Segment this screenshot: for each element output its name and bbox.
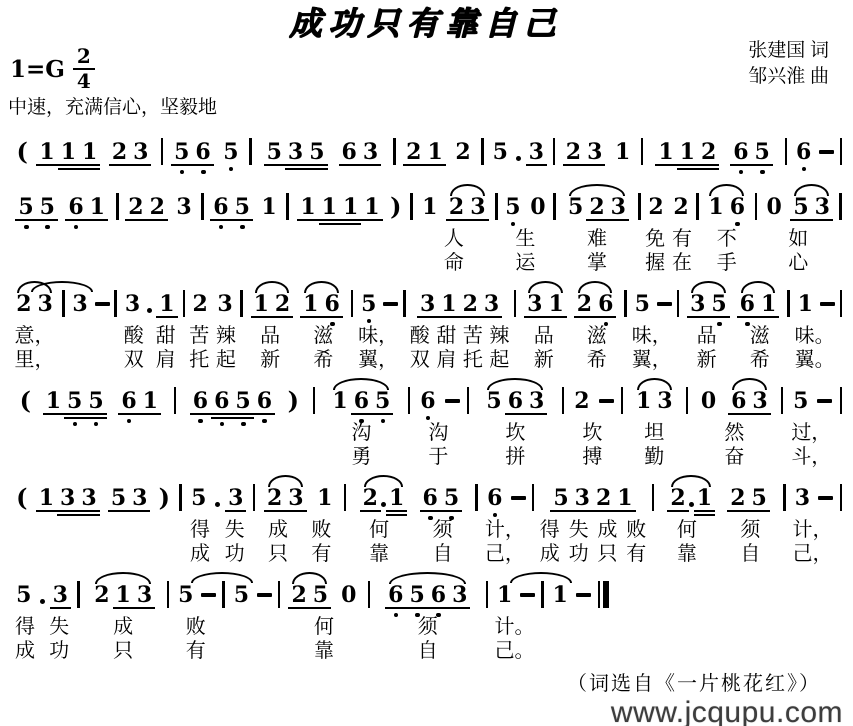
notes-row: 23 [186,279,239,324]
lyric-syllable: 苦 [189,324,209,348]
dash [257,593,272,597]
lyric-row: 有 [170,639,221,663]
note: 0 [764,195,785,219]
lyric-row [120,227,200,251]
note-group: 23 [446,195,489,221]
note-group: 22 [125,195,168,221]
dash [818,496,833,500]
note-group: 0 [527,195,548,219]
augmentation-dot [147,308,152,313]
lyric-row [8,251,115,275]
lyric-row: 难 [557,227,637,251]
note: 6 [385,583,406,607]
notes-row: 5 [784,376,838,421]
notes-row: 213 [81,570,166,615]
lyric-syllable: 滋 [587,324,607,348]
lyric-row: 只 [81,639,166,663]
note-group: 1 [633,389,654,413]
lyric-row: 奋 [689,445,780,469]
barline [621,387,624,414]
lyric-row: 自 [371,639,485,663]
measure: 3126品滋新希 [517,279,623,372]
notes-row: 123 [414,182,494,227]
note: 6 [420,486,441,510]
note-group: 65 [351,389,394,415]
barline [313,387,316,414]
notes-row: 53563 [253,127,392,172]
note-group: 5 [632,292,653,316]
parenthesis: ) [288,389,299,413]
lyric-row [290,227,409,251]
lyric-syllable: 得 [15,615,35,639]
barline [249,138,252,165]
note: 3 [749,389,770,413]
note: 3 [526,140,547,164]
lyric-row: 须 [371,615,485,639]
barline [541,581,544,608]
note: 6 [737,292,758,316]
lyric-row: 何须 [347,518,474,542]
note: 5 [550,486,571,510]
lyric-row [66,324,114,348]
note: 6 [210,195,231,219]
lyric-row: 坦 [624,421,684,445]
lyric-row: 新希 [244,348,350,372]
lyric-syllable: 心 [788,251,808,275]
note: 3 [572,486,593,510]
note: 5 [232,389,253,413]
note: 6 [351,389,372,413]
measure: 16不手 [700,182,754,275]
lyric-row: 计。 [489,615,540,639]
measure: 53 [485,127,552,172]
note-group: 61 [737,292,780,318]
note: 2 [593,486,614,510]
lyric-syllable: 功 [225,542,245,566]
notes-row: 53 [8,570,76,615]
lyric-syllable: 苦 [463,324,483,348]
lyric-row: 掌 [557,251,637,275]
score: (111235655356321253231112656556122365111… [8,127,843,663]
barline [403,290,406,317]
lyric-row: 靠自 [347,542,474,566]
lyric-row [120,251,200,275]
notes-row: (11123 [8,127,160,172]
lyric-syllable: 败 [311,518,331,542]
slur: 61 [737,292,780,318]
barline [840,484,843,511]
measure: 1计。己。 [489,570,540,663]
note: 3 [812,195,833,219]
note-group: 3 [69,292,90,316]
note: 3 [57,486,78,510]
note-group: 2 [190,292,211,316]
notes-row: 11265 [644,127,783,172]
measure: 3561品滋新希 [680,279,786,372]
note: 5 [306,140,327,164]
measure: 5味，翼， [628,279,676,372]
note: 1 [329,389,350,413]
measure: 123人命 [414,182,494,275]
measure: 5败有 [170,570,221,663]
measure: 6 [788,127,838,172]
measure: 1111) [290,182,409,275]
note-group: 2 [645,195,666,219]
time-signature-unit: 4 [77,70,91,92]
lyric-syllable: 肩 [156,348,176,372]
lyric-row: 然 [689,421,780,445]
note-group: 5 [790,389,811,413]
lyric-row: 成败 [256,518,343,542]
barline [286,193,289,220]
measure: 53得失成功 [183,473,252,566]
lyric-syllable: 奋 [724,445,744,469]
lyric-row: 苦辣 [186,324,239,348]
lyric-syllable: 双 [124,348,144,372]
barline [408,387,411,414]
note-group: 56 [171,140,214,166]
dash [511,496,526,500]
lyric-syllable: 只 [268,542,288,566]
lyric-row: 双肩 [118,348,182,372]
notes-row: 13 [624,376,684,421]
lyric-row [8,421,173,445]
lyric-syllable: 计。 [495,615,535,639]
measure: 250何靠 [281,570,366,663]
lyric-syllable: 味， [632,324,672,348]
note: 3 [285,140,306,164]
lyric-row: 双肩托起 [407,348,513,372]
barline [278,581,281,608]
measure: 53得失成功 [8,570,76,663]
lyric-row: 握在 [642,251,696,275]
measure: 1 [545,570,596,663]
lyric-syllable: 免 [645,227,665,251]
note-group: 63 [505,389,548,415]
lyric-syllable: 希 [587,348,607,372]
notes-row: 3561 [680,279,786,324]
lyric-row: 人 [414,227,494,251]
note: 6 [321,292,342,316]
note-group: 1 [550,583,571,607]
measure: 3123酸甜苦辣双肩托起 [407,279,513,372]
lyric-row: 心 [758,251,838,275]
lyric-syllable: 何 [369,518,389,542]
note: 3 [122,292,143,316]
lyric-syllable: 难 [587,227,607,251]
lyric-syllable: 肩 [436,348,456,372]
lyric-row: 搏 [565,445,619,469]
lyric-syllable: 靠 [369,542,389,566]
lyric-syllable: 何 [677,518,697,542]
note-group: 3 [214,292,235,316]
notes-row: 16 [700,182,754,227]
note: 5 [749,486,770,510]
note-group: 2 [360,486,381,512]
measure: 6563须自 [371,570,485,663]
barline [677,290,680,317]
note-group: 5 [220,140,241,164]
footer: （词选自《一片桃花红》） www.jcqupu.com [8,667,843,726]
lyric-syllable: 拼 [505,445,525,469]
note: 5 [175,583,196,607]
barline [475,484,478,511]
notes-row: 50 [499,182,553,227]
notes-row: 53 [485,127,552,172]
note: 5 [790,195,811,219]
lyric-row: 如 [758,227,838,251]
barline [161,138,164,165]
lyric-syllable: 命 [444,251,464,275]
note-group: 3 [792,486,813,510]
dash [657,302,672,306]
note-group: 3 [225,486,246,512]
note-group: 31 [524,292,567,318]
lyric-row [8,445,173,469]
barline [240,290,243,317]
barline [201,193,204,220]
slur: 35 [687,292,730,318]
time-signature-beats: 2 [73,46,95,70]
note: 1 [438,292,459,316]
lyric-row: 己， [787,542,839,566]
composer-credit: 邹兴淮 曲 [748,64,829,90]
note-group: 155 [43,389,107,415]
lyric-row: 手 [700,251,754,275]
note: 1 [314,486,335,510]
notes-row: 6656) [177,376,311,421]
note: 5 [565,195,586,219]
lyric-syllable: 坎 [582,421,602,445]
note-group: 1 [612,140,633,164]
lyric-row [8,227,115,251]
note: 3 [687,292,708,316]
note: 2 [147,195,168,219]
note-group: 3 [526,140,547,166]
lyric-row: 己， [479,542,531,566]
note: 6 [728,389,749,413]
measure: (13353) [8,473,178,566]
note-group: 5 [231,583,252,607]
lyric-syllable: 自 [740,542,760,566]
slur: 26 [574,292,617,318]
lyric-syllable: 如 [788,227,808,251]
note: 2 [574,292,595,316]
note: 1 [386,486,407,510]
note: 0 [527,195,548,219]
measure: 1216品滋新希 [244,279,350,372]
lyric-syllable: 酸 [410,324,430,348]
lyric-row [545,615,596,639]
barline [638,193,641,220]
lyric-syllable: 败 [186,615,206,639]
note-group: 6 [417,389,438,413]
note: 1 [319,195,340,219]
measure: 565 [164,127,248,172]
lyric-syllable: 手 [717,251,737,275]
barline [222,581,225,608]
note: 5 [790,389,811,413]
lyric-row [205,227,285,251]
note: 1 [87,195,108,219]
note-group: 6656 [190,389,275,415]
note: 6 [65,195,86,219]
notes-row: 53 [183,473,252,518]
lyric-syllable: 己。 [495,639,535,663]
lyric-syllable: 成 [540,542,560,566]
notes-row: (15561 [8,376,173,421]
notes-row: 2 [565,376,619,421]
lyric-syllable: 然 [724,421,744,445]
note-group: 2 [667,486,688,512]
measure: 13坦勤 [624,376,684,469]
lyric-syllable: 成 [268,518,288,542]
barline [783,484,786,511]
slur: 213 [91,583,155,609]
measure: 31酸甜双肩 [118,279,182,372]
note-group: 63 [339,140,382,166]
note: 1 [361,195,382,219]
notes-row: 2125 [655,473,782,518]
note: 3 [173,195,194,219]
barline [410,193,413,220]
note-group: 5 [175,583,196,607]
note: 6 [730,140,751,164]
parenthesis: ) [390,195,401,219]
note-group: 6 [793,140,814,164]
note: 6 [190,389,211,413]
note: 5 [108,486,129,510]
dash [819,150,834,154]
barline [686,387,689,414]
note-group: 0 [338,583,359,607]
lyric-row: 沟 [411,421,465,445]
lyric-syllable: 有 [672,227,692,251]
note-group: 2 [13,292,34,316]
note: 2 [403,140,424,164]
lyric-syllable: 于 [428,445,448,469]
lyric-row: 味， [354,324,402,348]
note: 3 [792,486,813,510]
measure: 5 [226,570,277,663]
note: 3 [467,195,488,219]
lyric-syllable: 自 [433,542,453,566]
slur: 53 [790,195,833,221]
note: 5 [231,583,252,607]
lyric-row: 何 [281,615,366,639]
note-group: 13 [113,583,156,609]
lyric-syllable: 起 [489,348,509,372]
lyric-row: 托起 [186,348,239,372]
note: 1 [258,195,279,219]
song-title: 成功只有靠自己 [8,4,843,42]
lyric-syllable: 靠 [314,639,334,663]
note: 3 [78,486,99,510]
parenthesis: ( [17,140,28,164]
barline [785,138,788,165]
note: 3 [449,583,470,607]
note: 1 [677,140,698,164]
note: 3 [129,486,150,510]
parenthesis: ) [159,486,170,510]
slur: 16 [705,195,748,219]
barline [840,290,843,317]
note: 3 [214,292,235,316]
note: 6 [417,389,438,413]
note: 1 [545,292,566,316]
slur: 16 [300,292,343,318]
notes-row: 565 [164,127,248,172]
system: (111235655356321253231112656 [8,127,843,172]
note-group: 1 [419,195,440,219]
note: 1 [340,195,361,219]
slur: 23 [264,486,307,512]
lyric-row: 何须 [655,518,782,542]
note-group: 63 [728,389,771,415]
barline [839,193,842,220]
note: 3 [35,292,56,316]
lyric-syllable: 失 [49,615,69,639]
notes-row: 3123 [407,279,513,324]
measure: 11265 [644,127,783,172]
lyric-syllable: 须 [418,615,438,639]
lyric-syllable: 运 [515,251,535,275]
slur: 165 [329,389,393,415]
lyric-syllable: 败 [626,518,646,542]
barline [167,581,170,608]
barline [781,387,784,414]
notes-row: 3126 [517,279,623,324]
note: 5 [264,140,285,164]
note: 2 [586,195,607,219]
lyric-row: 靠 [281,639,366,663]
notes-row: 063 [689,376,780,421]
lyric-row: 里， [8,348,61,372]
lyric-row: 己。 [489,639,540,663]
lyric-row: 于 [411,445,465,469]
dash [520,593,535,597]
barline [116,193,119,220]
note: 2 [571,389,592,413]
note: 2 [109,140,130,164]
barline [393,138,396,165]
lyric-row: 计， [787,518,839,542]
lyric-row: 酸甜苦辣 [407,324,513,348]
lyric-row: 斗， [784,445,838,469]
note-group: 65 [730,140,773,166]
note: 3 [134,583,155,607]
note: 3 [654,389,675,413]
notes-row: 5 [354,279,402,324]
notes-row: 1111) [290,182,409,227]
lyric-syllable: 己， [793,542,833,566]
augmentation-dot [215,502,220,507]
note: 3 [285,486,306,510]
note-group: 3 [50,583,71,609]
lyric-syllable: 有 [311,542,331,566]
note: 1 [36,140,57,164]
lyric-row: 翼， [354,348,402,372]
credits: 张建国 词 邹兴淮 曲 [748,38,829,89]
measure: 213成只 [81,570,166,663]
measure: 50生运 [499,182,553,275]
note-group: 5 [13,583,34,607]
lyric-row [177,445,311,469]
lyric-row: 败 [170,615,221,639]
slur: 21 [360,486,408,512]
note-group: 1 [494,583,515,607]
note-group: 6 [727,195,748,219]
